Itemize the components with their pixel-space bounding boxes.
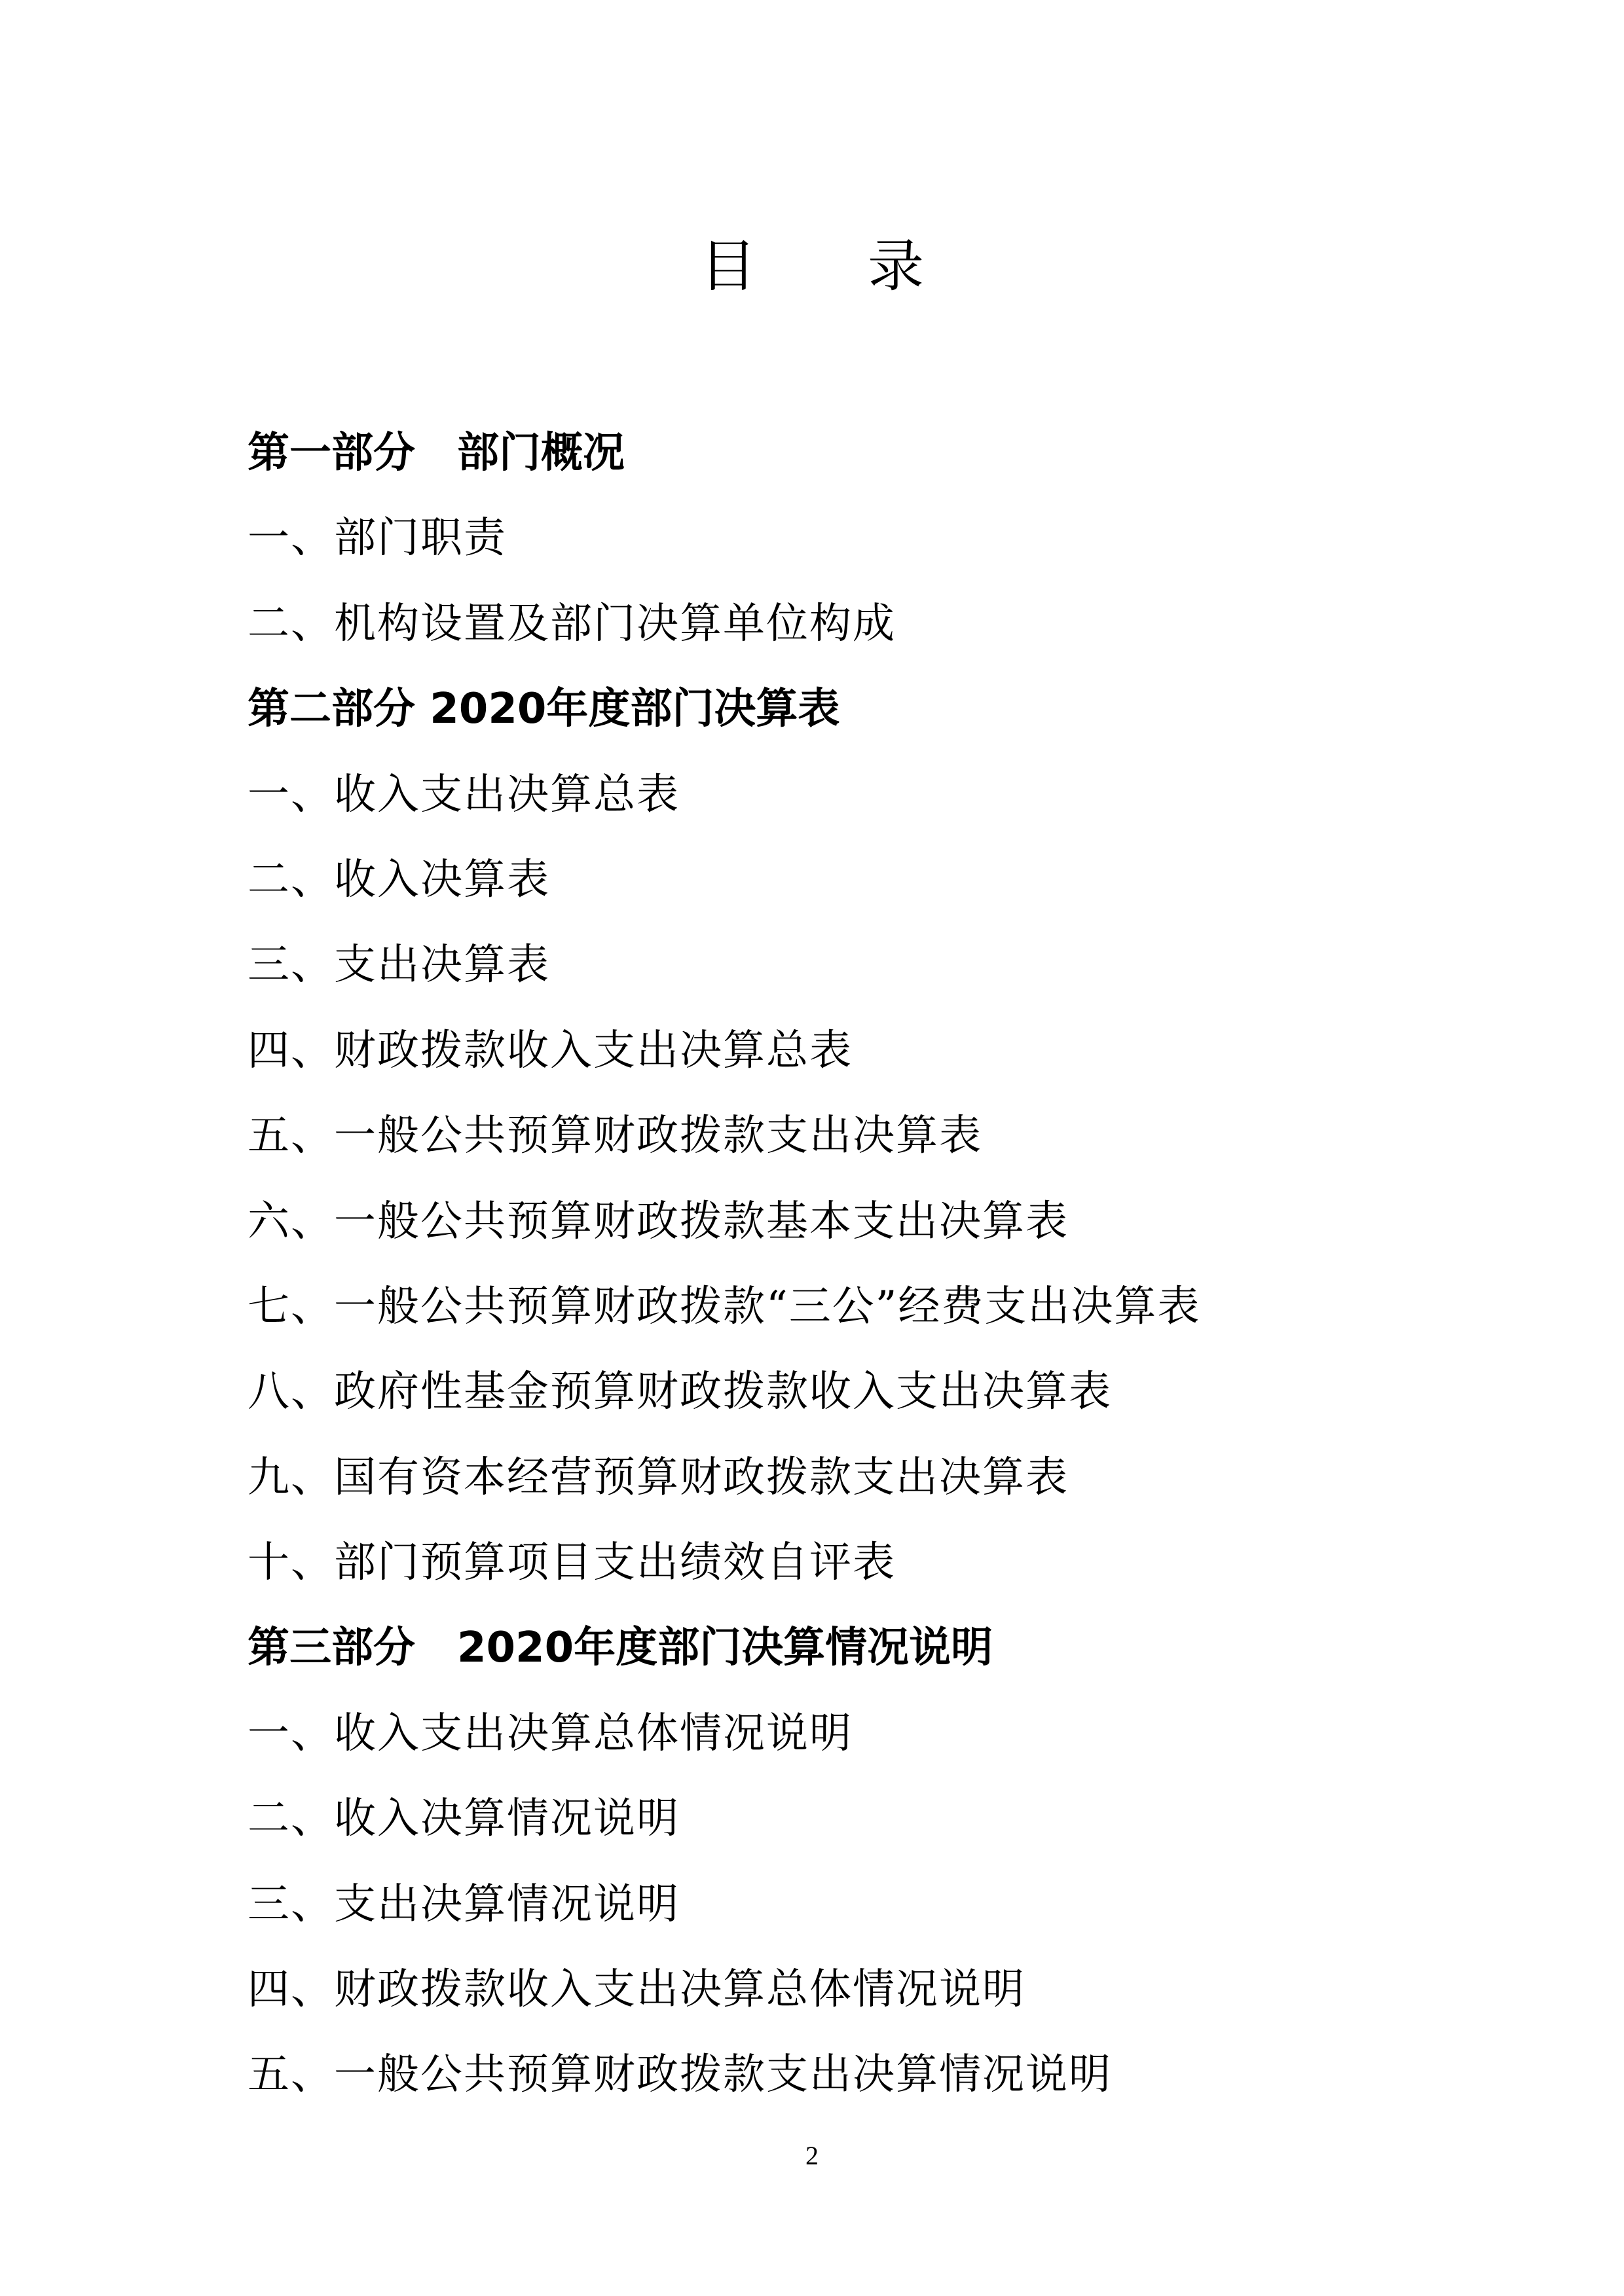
toc-item[interactable]: 三、支出决算情况说明 <box>248 1862 1492 1947</box>
toc-item[interactable]: 五、一般公共预算财政拨款支出决算情况说明 <box>248 2032 1492 2117</box>
toc-item[interactable]: 一、收入支出决算总体情况说明 <box>248 1691 1492 1776</box>
toc-item[interactable]: 二、收入决算表 <box>248 837 1492 922</box>
toc-item[interactable]: 二、收入决算情况说明 <box>248 1776 1492 1861</box>
toc-heading-part-3[interactable]: 第三部分 2020年度部门决算情况说明 <box>248 1605 1492 1690</box>
toc-item[interactable]: 四、财政拨款收入支出决算总表 <box>248 1008 1492 1093</box>
toc-item[interactable]: 一、部门职责 <box>248 496 1492 581</box>
title-char-2: 录 <box>868 234 924 299</box>
toc-item[interactable]: 九、国有资本经营预算财政拨款支出决算表 <box>248 1435 1492 1520</box>
title-char-1: 目 <box>700 234 756 299</box>
toc-heading-part-1[interactable]: 第一部分 部门概况 <box>248 410 1492 496</box>
page-number: 2 <box>0 2140 1624 2172</box>
document-page: 目录 第一部分 部门概况 一、部门职责 二、机构设置及部门决算单位构成 第二部分… <box>0 0 1624 2296</box>
toc-item[interactable]: 四、财政拨款收入支出决算总体情况说明 <box>248 1947 1492 2032</box>
table-of-contents: 第一部分 部门概况 一、部门职责 二、机构设置及部门决算单位构成 第二部分 20… <box>248 410 1492 2118</box>
toc-item[interactable]: 五、一般公共预算财政拨款支出决算表 <box>248 1093 1492 1178</box>
toc-item[interactable]: 十、部门预算项目支出绩效自评表 <box>248 1520 1492 1605</box>
toc-item[interactable]: 七、一般公共预算财政拨款“三公”经费支出决算表 <box>248 1264 1492 1349</box>
toc-item[interactable]: 三、支出决算表 <box>248 922 1492 1008</box>
toc-item[interactable]: 一、收入支出决算总表 <box>248 752 1492 837</box>
toc-item[interactable]: 六、一般公共预算财政拨款基本支出决算表 <box>248 1179 1492 1264</box>
toc-item[interactable]: 二、机构设置及部门决算单位构成 <box>248 581 1492 666</box>
toc-heading-part-2[interactable]: 第二部分 2020年度部门决算表 <box>248 666 1492 752</box>
page-title: 目录 <box>0 230 1624 302</box>
toc-item[interactable]: 八、政府性基金预算财政拨款收入支出决算表 <box>248 1349 1492 1434</box>
